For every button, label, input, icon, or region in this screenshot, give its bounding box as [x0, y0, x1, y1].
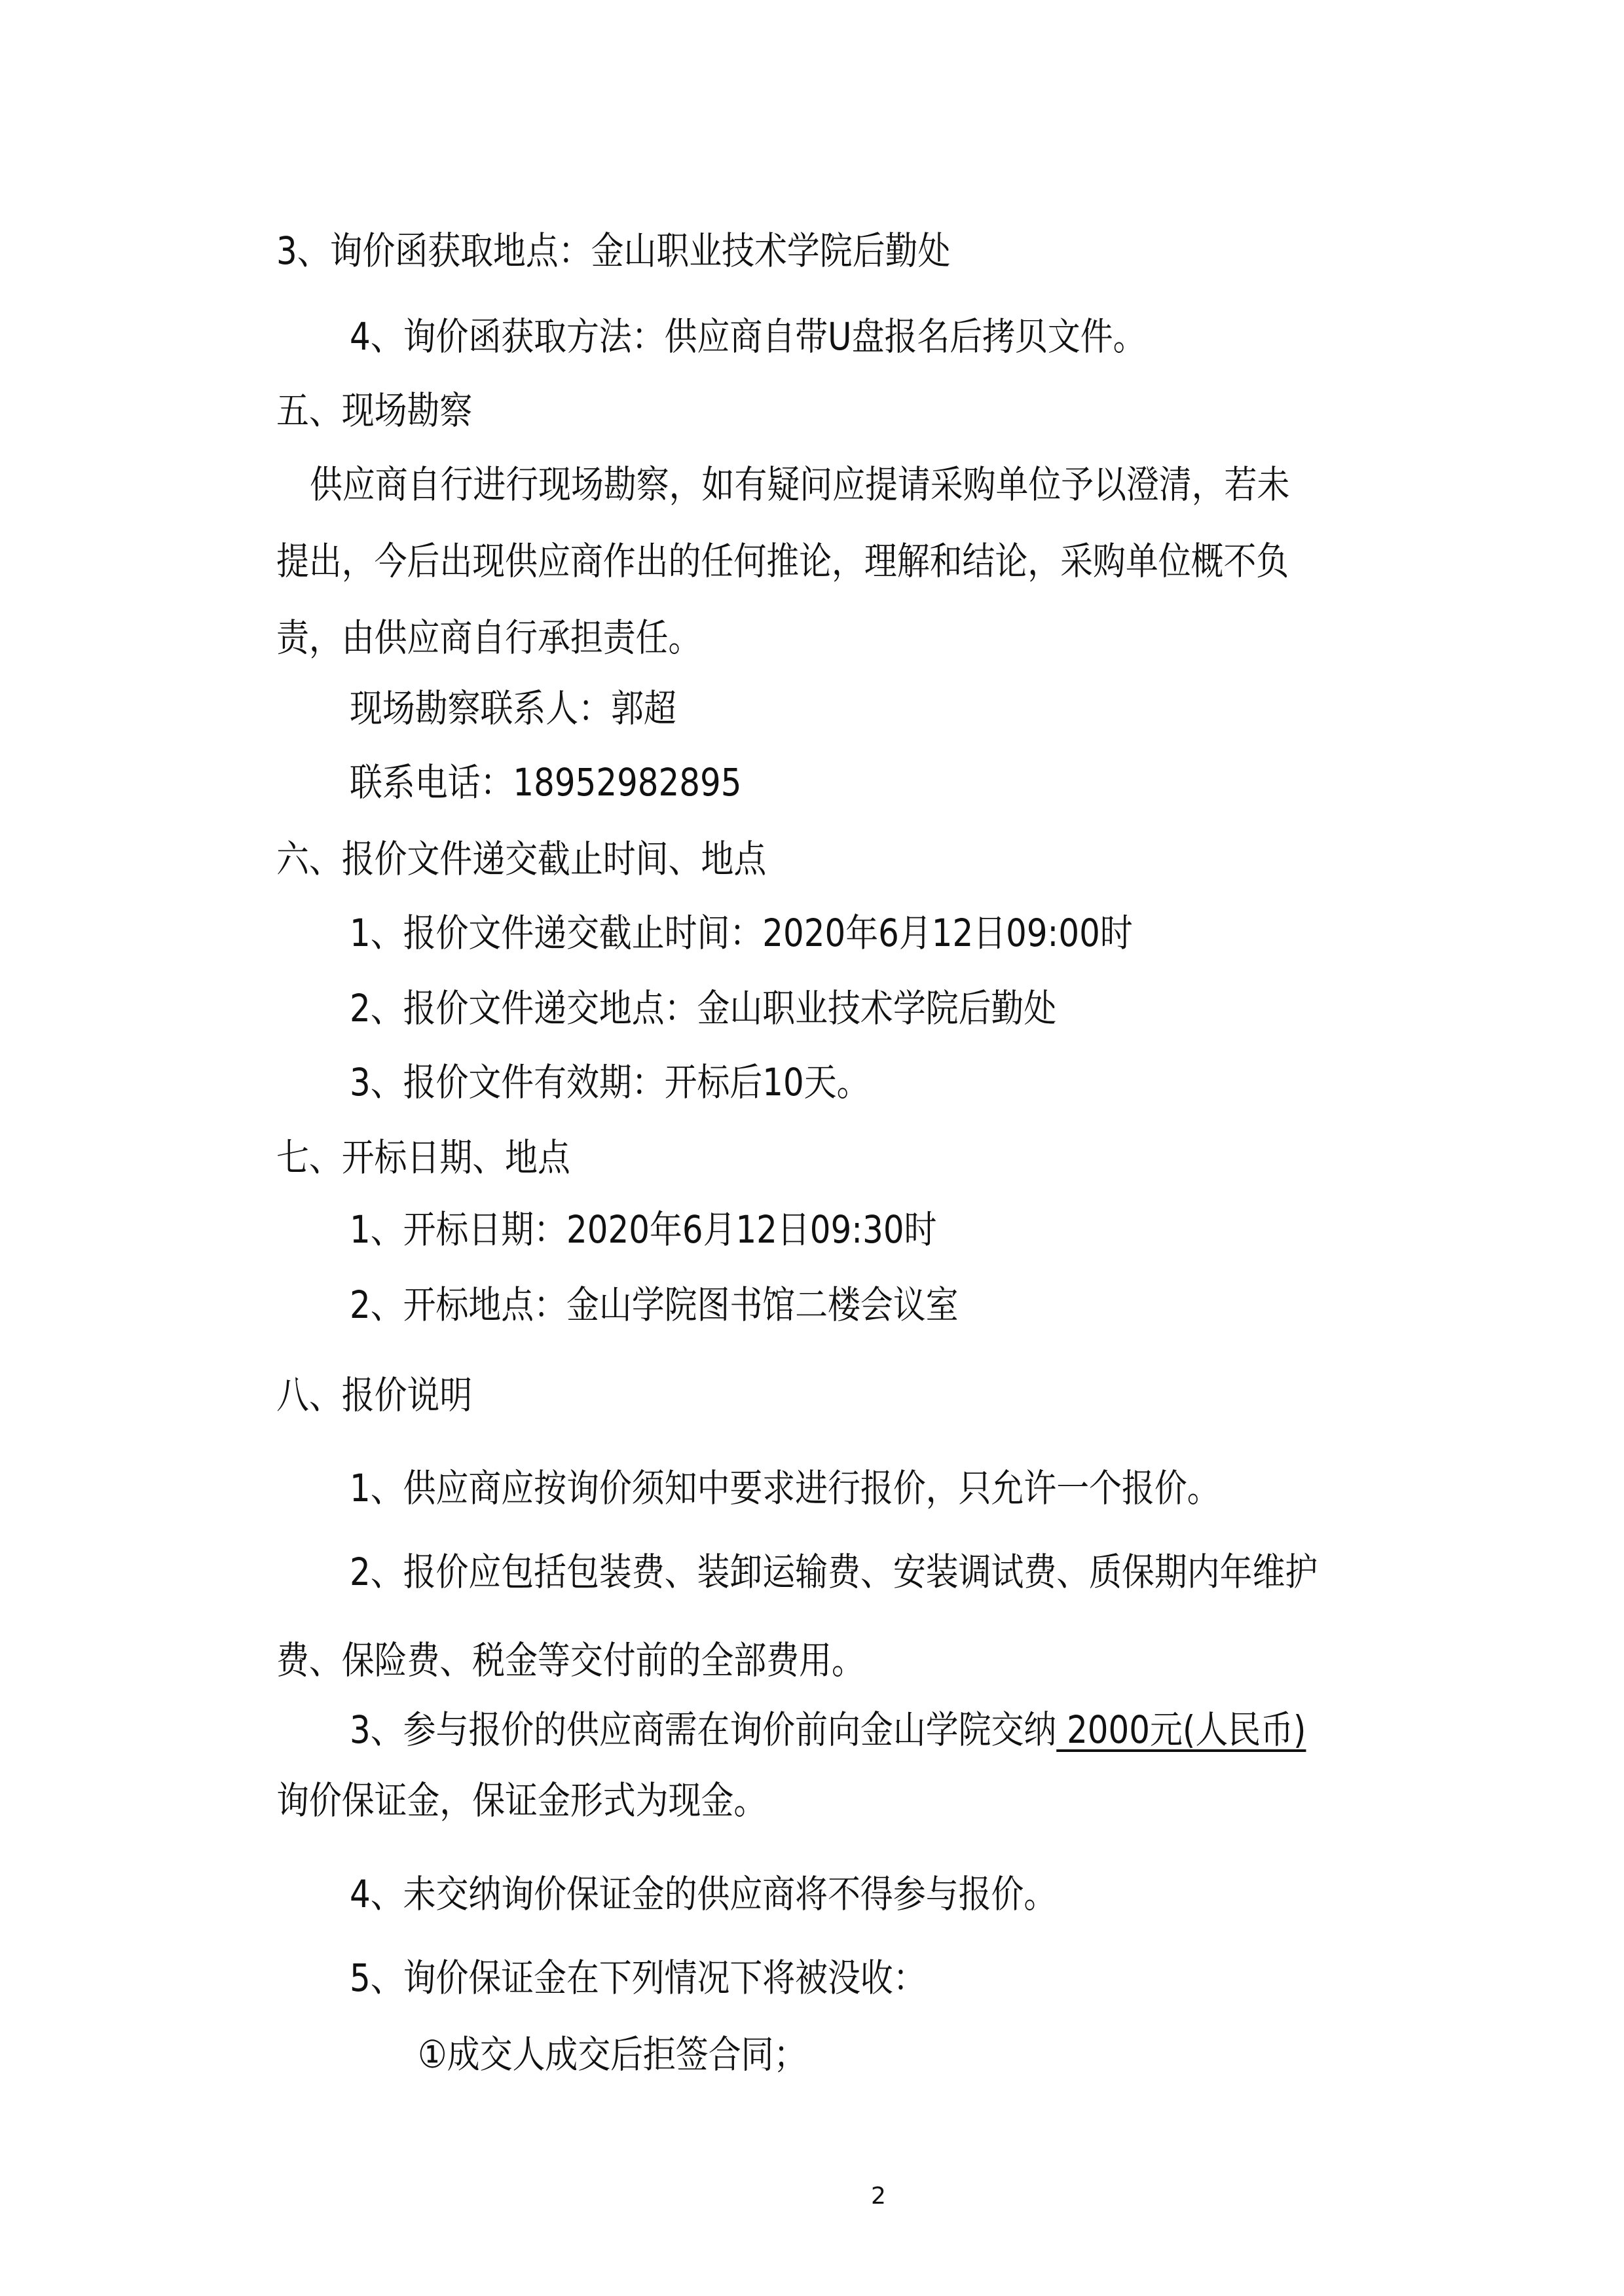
text-line: 2、报价文件递交地点：金山职业技术学院后勤处	[350, 985, 1056, 1031]
text-line: 责，由供应商自行承担责任。	[276, 615, 701, 661]
text-line: 4、未交纳询价保证金的供应商将不得参与报价。	[350, 1871, 1056, 1917]
text-line: 3、询价函获取地点：金山职业技术学院后勤处	[276, 228, 950, 274]
text-line: 六、报价文件递交截止时间、地点	[276, 836, 766, 882]
text-line: 5、询价保证金在下列情况下将被没收：	[350, 1955, 926, 2001]
text-line: 费、保险费、税金等交付前的全部费用。	[276, 1637, 864, 1683]
text-line: ①成交人成交后拒签合同；	[418, 2032, 806, 2077]
text-line: 联系电话：18952982895	[350, 759, 741, 805]
text-line: 2、报价应包括包装费、装卸运输费、安装调试费、质保期内年维护	[350, 1549, 1318, 1595]
text-line: 2、开标地点：金山学院图书馆二楼会议室	[350, 1282, 959, 1328]
text-line: 3、报价文件有效期：开标后10天。	[350, 1059, 870, 1105]
text-line: 4、询价函获取方法：供应商自带U盘报名后拷贝文件。	[350, 314, 1145, 359]
text-line: 七、开标日期、地点	[276, 1135, 570, 1180]
deposit-text: 3、参与报价的供应商需在询价前向金山学院交纳	[350, 1707, 1056, 1752]
text-line: 五、现场勘察	[276, 388, 472, 433]
text-line: 现场勘察联系人：郭超	[350, 685, 676, 731]
text-line: 1、报价文件递交截止时间：2020年6月12日09:00时	[350, 910, 1133, 956]
deposit-requirement-line: 3、参与报价的供应商需在询价前向金山学院交纳 2000元(人民币)	[350, 1707, 1306, 1753]
text-line: 八、报价说明	[276, 1372, 472, 1418]
text-line: 1、供应商应按询价须知中要求进行报价，只允许一个报价。	[350, 1465, 1220, 1511]
text-line: 询价保证金，保证金形式为现金。	[276, 1777, 766, 1823]
page-number: 2	[871, 2183, 886, 2210]
text-line: 供应商自行进行现场勘察，如有疑问应提请采购单位予以澄清，若未	[310, 462, 1289, 507]
deposit-amount: 2000元(人民币)	[1056, 1707, 1306, 1752]
text-line: 1、开标日期：2020年6月12日09:30时	[350, 1207, 936, 1252]
text-line: 提出，今后出现供应商作出的任何推论，理解和结论，采购单位概不负	[276, 538, 1289, 584]
